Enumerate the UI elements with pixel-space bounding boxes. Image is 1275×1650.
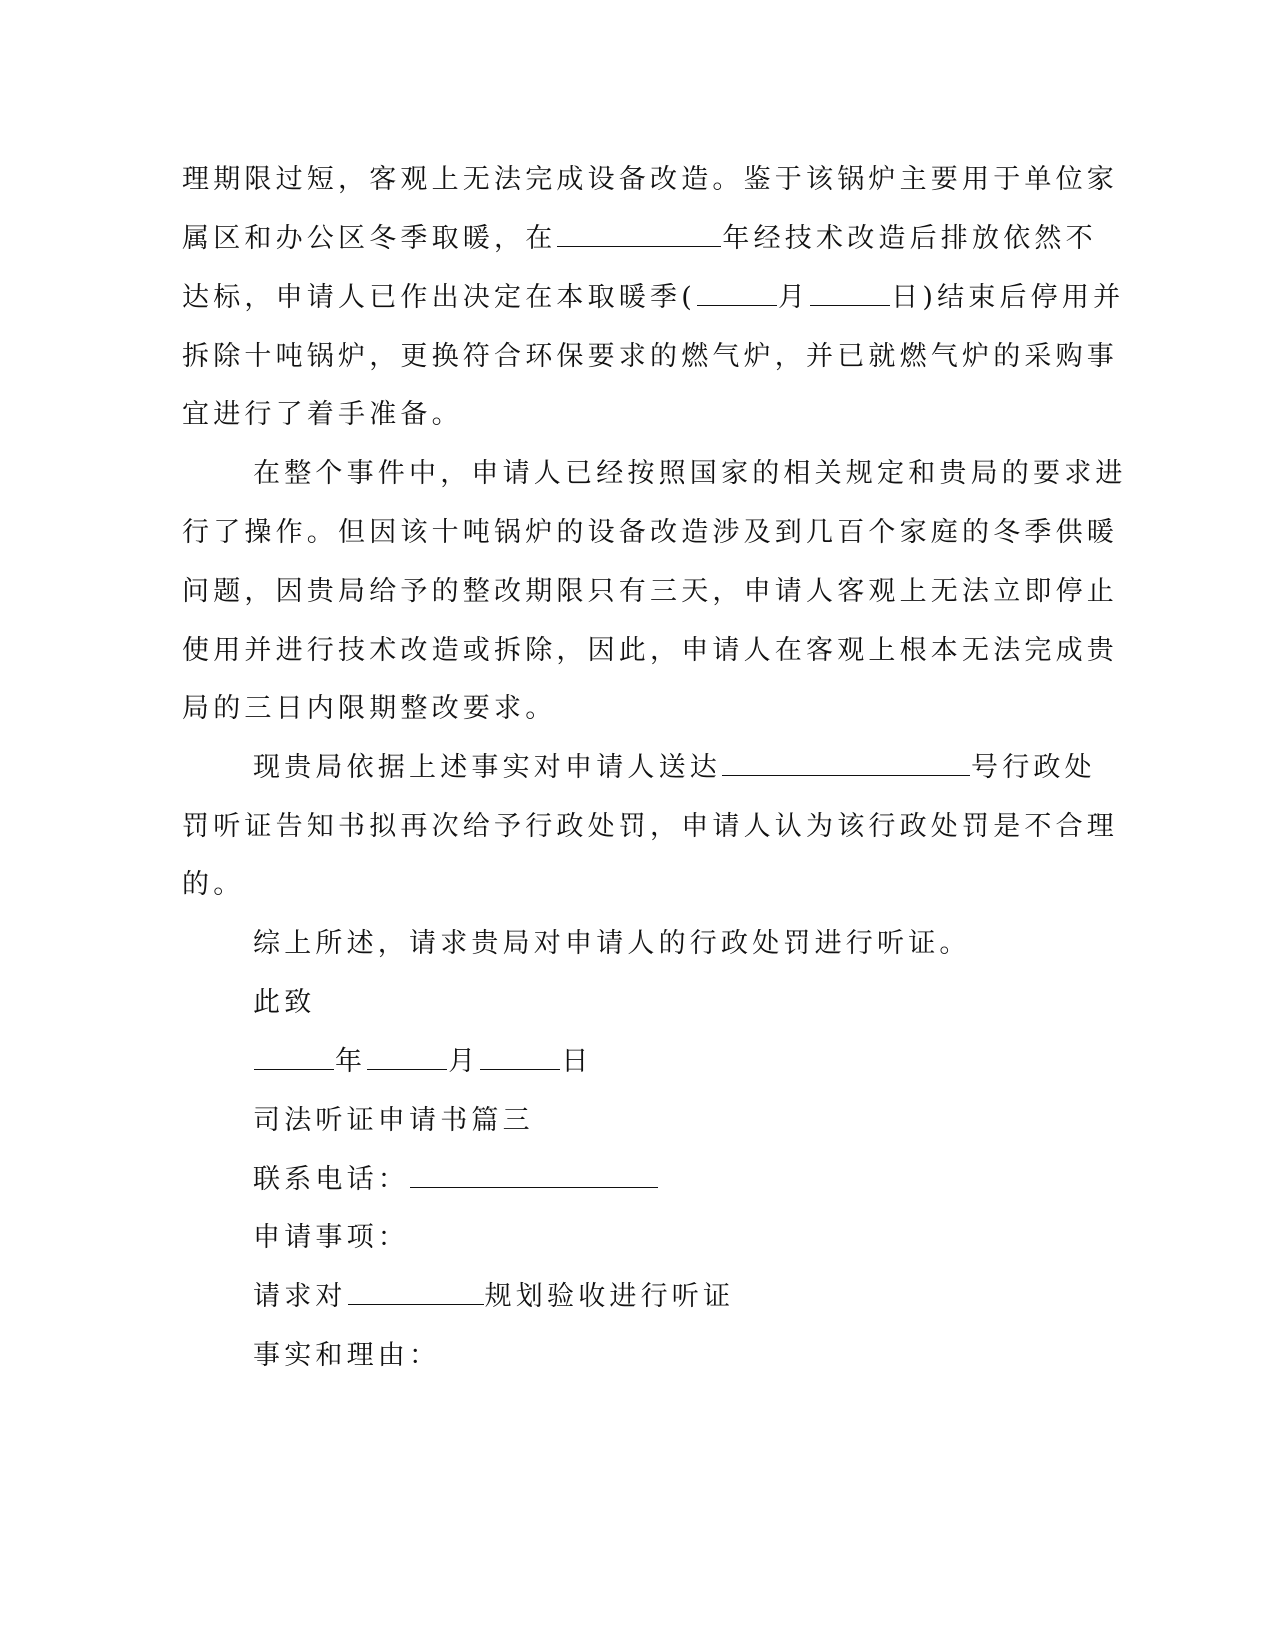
year-blank — [557, 222, 721, 247]
para1-line2: 属区和办公区冬季取暖，在年经技术改造后排放依然不 — [182, 222, 1097, 256]
para1-line3: 达标，申请人已作出决定在本取暖季(月日)结束后停用并 — [182, 281, 1124, 315]
facts-label: 事实和理由： — [253, 1339, 440, 1373]
para2-line5: 局的三日内限期整改要求。 — [182, 692, 556, 726]
text: 规划验收进行听证 — [485, 1281, 735, 1312]
request-label: 申请事项： — [253, 1221, 409, 1255]
phone-line: 联系电话： — [253, 1163, 659, 1197]
date-line: 年月日 — [253, 1045, 593, 1079]
month-blank — [697, 281, 777, 306]
text: 月 — [778, 282, 809, 313]
para2-line3: 问题，因贵局给予的整改期限只有三天，申请人客观上无法立即停止 — [182, 575, 1118, 609]
notice-number-blank — [722, 751, 970, 776]
day-label: 日 — [561, 1046, 592, 1077]
phone-label: 联系电话： — [253, 1164, 409, 1195]
text: 日)结束后停用并 — [891, 282, 1124, 313]
day-blank — [810, 281, 890, 306]
year-label: 年 — [335, 1046, 366, 1077]
text: 请求对 — [253, 1281, 347, 1312]
salutation: 此致 — [253, 986, 315, 1020]
para1-line5: 宜进行了着手准备。 — [182, 398, 463, 432]
para3-line1: 现贵局依据上述事实对申请人送达号行政处 — [253, 751, 1096, 785]
para2-line1: 在整个事件中，申请人已经按照国家的相关规定和贵局的要求进 — [253, 457, 1127, 491]
text: 达标，申请人已作出决定在本取暖季( — [182, 282, 696, 313]
year-blank — [254, 1045, 334, 1070]
day-blank — [480, 1045, 560, 1070]
text: 年经技术改造后排放依然不 — [722, 223, 1096, 254]
conclusion: 综上所述，请求贵局对申请人的行政处罚进行听证。 — [253, 927, 971, 961]
para1-line4: 拆除十吨锅炉，更换符合环保要求的燃气炉，并已就燃气炉的采购事 — [182, 340, 1118, 374]
section-title: 司法听证申请书篇三 — [253, 1104, 534, 1138]
phone-blank — [410, 1163, 658, 1188]
para2-line4: 使用并进行技术改造或拆除，因此，申请人在客观上根本无法完成贵 — [182, 634, 1118, 668]
text: 属区和办公区冬季取暖，在 — [182, 223, 556, 254]
month-blank — [367, 1045, 447, 1070]
para3-line2: 罚听证告知书拟再次给予行政处罚，申请人认为该行政处罚是不合理 — [182, 810, 1118, 844]
request-line: 请求对规划验收进行听证 — [253, 1280, 734, 1314]
para2-line2: 行了操作。但因该十吨锅炉的设备改造涉及到几百个家庭的冬季供暖 — [182, 516, 1118, 550]
para3-line3: 的。 — [182, 868, 244, 902]
project-blank — [348, 1280, 484, 1305]
month-label: 月 — [448, 1046, 479, 1077]
text: 号行政处 — [971, 752, 1096, 783]
para1-line1: 理期限过短，客观上无法完成设备改造。鉴于该锅炉主要用于单位家 — [182, 163, 1118, 197]
text: 现贵局依据上述事实对申请人送达 — [253, 752, 721, 783]
